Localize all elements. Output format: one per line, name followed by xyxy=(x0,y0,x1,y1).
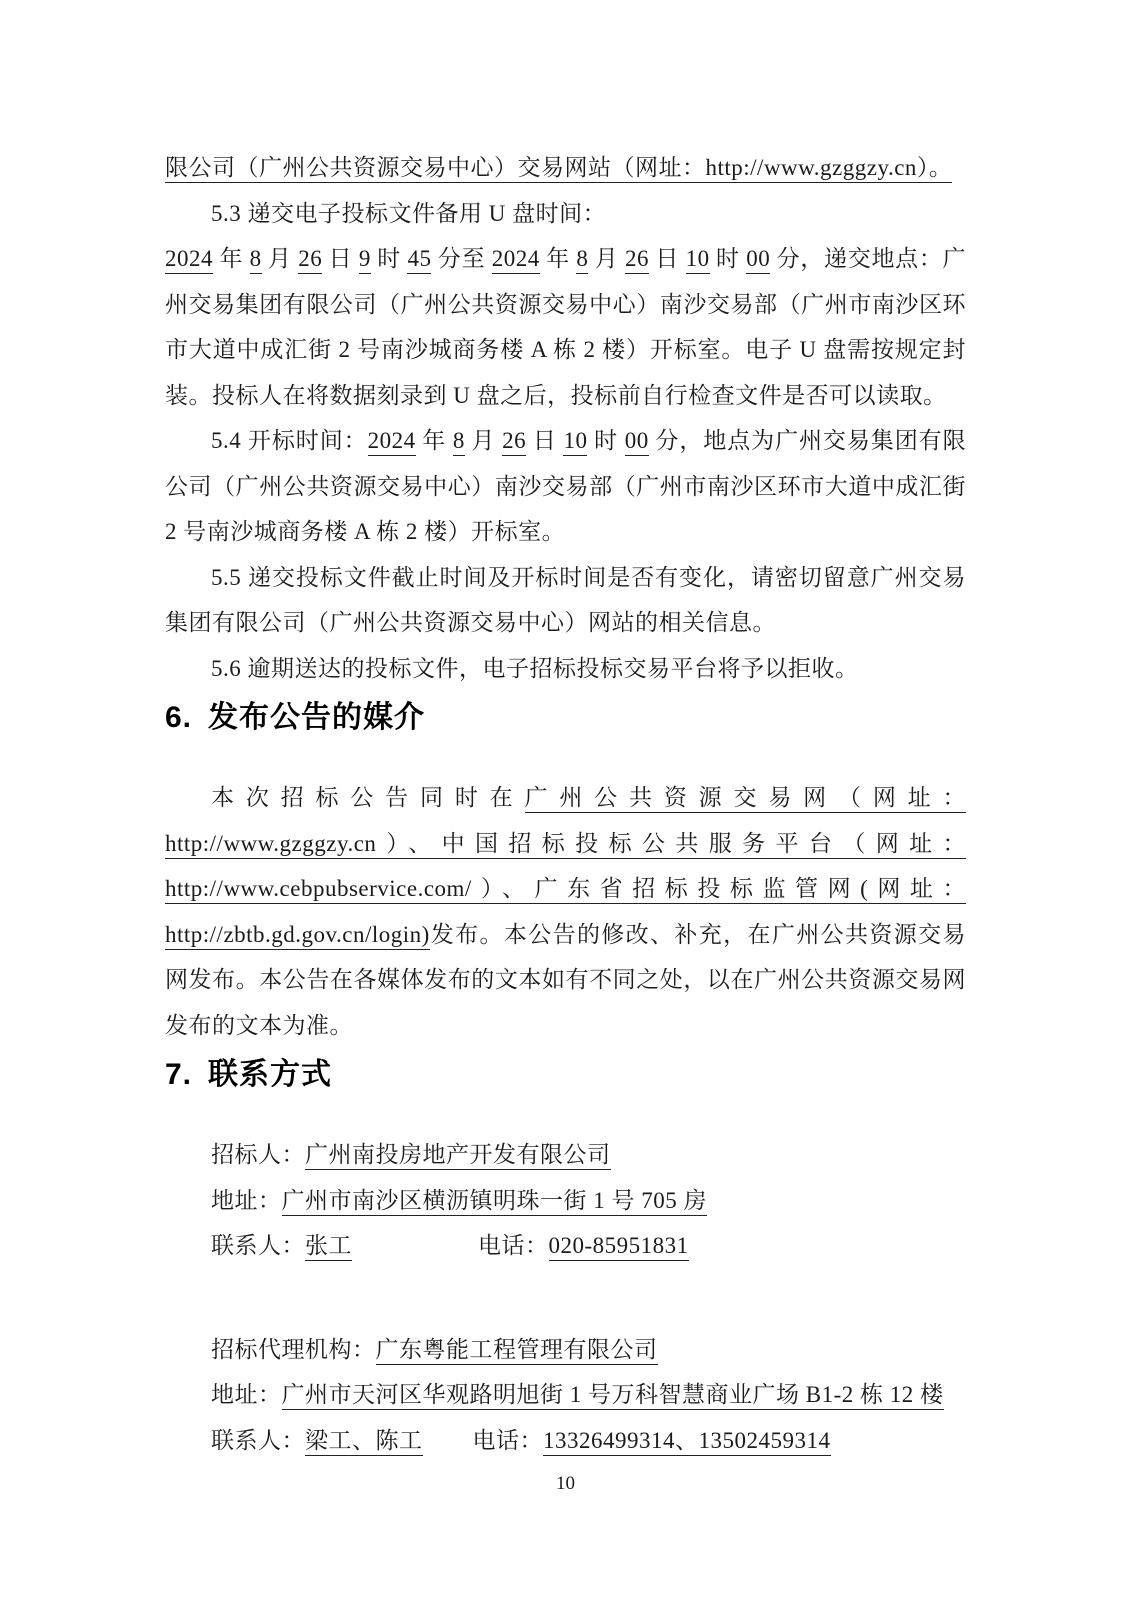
text-segment: 26 xyxy=(298,246,322,274)
text-segment: 10 xyxy=(563,428,587,456)
text-segment: 时 xyxy=(371,246,408,271)
agency-phone-value: 13326499314、13502459314 xyxy=(543,1428,831,1456)
agency-name-label: 招标代理机构： xyxy=(211,1337,376,1362)
text-segment: 日 xyxy=(526,428,563,453)
agency-address-line: 地址：广州市天河区华观路明旭街 1 号万科智慧商业广场 B1-2 栋 12 楼 xyxy=(165,1372,966,1418)
agency-address-value: 广州市天河区华观路明旭街 1 号万科智慧商业广场 B1-2 栋 12 楼 xyxy=(282,1382,944,1410)
section-7-title: 联系方式 xyxy=(208,1058,332,1091)
bidder-phone-label: 电话： xyxy=(478,1233,549,1258)
text-segment: 8 xyxy=(576,246,588,274)
text-segment: 年 xyxy=(213,246,250,271)
document-page: 限公司（广州公共资源交易中心）交易网站（网址：http://www.gzggzy… xyxy=(0,0,1131,1600)
text-segment: 月 xyxy=(465,428,502,453)
agency-contact-line: 联系人：梁工、陈工电话：13326499314、13502459314 xyxy=(165,1418,966,1464)
bidder-person-value: 张工 xyxy=(305,1233,352,1261)
text-segment: 月 xyxy=(588,246,625,271)
para-5-6: 5.6 逾期送达的投标文件，电子招标投标交易平台将予以拒收。 xyxy=(165,646,966,692)
bidder-address-value: 广州市南沙区横沥镇明珠一街 1 号 705 房 xyxy=(282,1188,708,1216)
agency-address-label: 地址： xyxy=(211,1382,282,1407)
text-segment: 日 xyxy=(649,246,686,271)
section-6-title: 发布公告的媒介 xyxy=(208,701,425,734)
bidder-person-label: 联系人： xyxy=(211,1233,305,1258)
text-segment: 26 xyxy=(502,428,526,456)
text-segment: 时 xyxy=(587,428,624,453)
text-segment: 8 xyxy=(453,428,465,456)
section-6-number: 6. xyxy=(165,701,192,734)
contact-block-spacer xyxy=(165,1269,966,1327)
text-segment: 时 xyxy=(710,246,747,271)
text-segment: 2024 xyxy=(492,246,540,274)
text-segment: 年 xyxy=(416,428,453,453)
para-continuation: 限公司（广州公共资源交易中心）交易网站（网址：http://www.gzggzy… xyxy=(165,145,966,191)
text-segment: 日 xyxy=(322,246,359,271)
agency-person-label: 联系人： xyxy=(211,1428,305,1453)
document-body: 限公司（广州公共资源交易中心）交易网站（网址：http://www.gzggzy… xyxy=(165,145,966,1463)
text-segment: 00 xyxy=(625,428,649,456)
bidder-name-line: 招标人：广州南投房地产开发有限公司 xyxy=(165,1132,966,1178)
bidder-address-line: 地址：广州市南沙区横沥镇明珠一街 1 号 705 房 xyxy=(165,1178,966,1224)
text-segment: 45 xyxy=(407,246,431,274)
text-segment: 9 xyxy=(359,246,371,274)
agency-person-value: 梁工、陈工 xyxy=(305,1428,423,1456)
agency-name-line: 招标代理机构：广东粤能工程管理有限公司 xyxy=(165,1327,966,1373)
text-segment: 10 xyxy=(686,246,710,274)
section-7-number: 7. xyxy=(165,1058,192,1091)
bidder-address-label: 地址： xyxy=(211,1188,282,1213)
agency-phone-label: 电话： xyxy=(473,1428,544,1453)
text-segment: 26 xyxy=(625,246,649,274)
bidder-phone-value: 020-85951831 xyxy=(549,1233,689,1261)
text-segment: 5.4 开标时间： xyxy=(211,428,368,453)
para-5-3: 5.3 递交电子投标文件备用 U 盘时间： xyxy=(165,191,966,237)
agency-name-value: 广东粤能工程管理有限公司 xyxy=(376,1337,658,1365)
bidder-name-value: 广州南投房地产开发有限公司 xyxy=(305,1142,611,1170)
para-5-5: 5.5 递交投标文件截止时间及开标时间是否有变化，请密切留意广州交易集团有限公司… xyxy=(165,555,966,646)
page-number: 10 xyxy=(0,1472,1131,1496)
text-segment: 本次招标公告同时在 xyxy=(211,785,525,810)
para-section-6: 本次招标公告同时在广州公共资源交易网（网址：http://www.gzggzy.… xyxy=(165,775,966,1048)
bidder-contact-line: 联系人：张工电话：020-85951831 xyxy=(165,1223,966,1269)
text-segment: 2024 xyxy=(165,246,213,274)
section-7-heading: 7.联系方式 xyxy=(165,1050,966,1100)
text-segment: 2024 xyxy=(368,428,416,456)
bidder-name-label: 招标人： xyxy=(211,1142,305,1167)
text-segment: 分至 xyxy=(431,246,491,271)
para-5-3-detail: 2024 年 8 月 26 日 9 时 45 分至 2024 年 8 月 26 … xyxy=(165,236,966,418)
para-5-4: 5.4 开标时间：2024 年 8 月 26 日 10 时 00 分，地点为广州… xyxy=(165,418,966,555)
text-segment: 8 xyxy=(250,246,262,274)
section-6-heading: 6.发布公告的媒介 xyxy=(165,693,966,743)
text-segment: 限公司（广州公共资源交易中心）交易网站（网址：http://www.gzggzy… xyxy=(165,155,952,183)
text-segment: 月 xyxy=(262,246,299,271)
text-segment: 00 xyxy=(746,246,770,274)
text-segment: 年 xyxy=(540,246,577,271)
